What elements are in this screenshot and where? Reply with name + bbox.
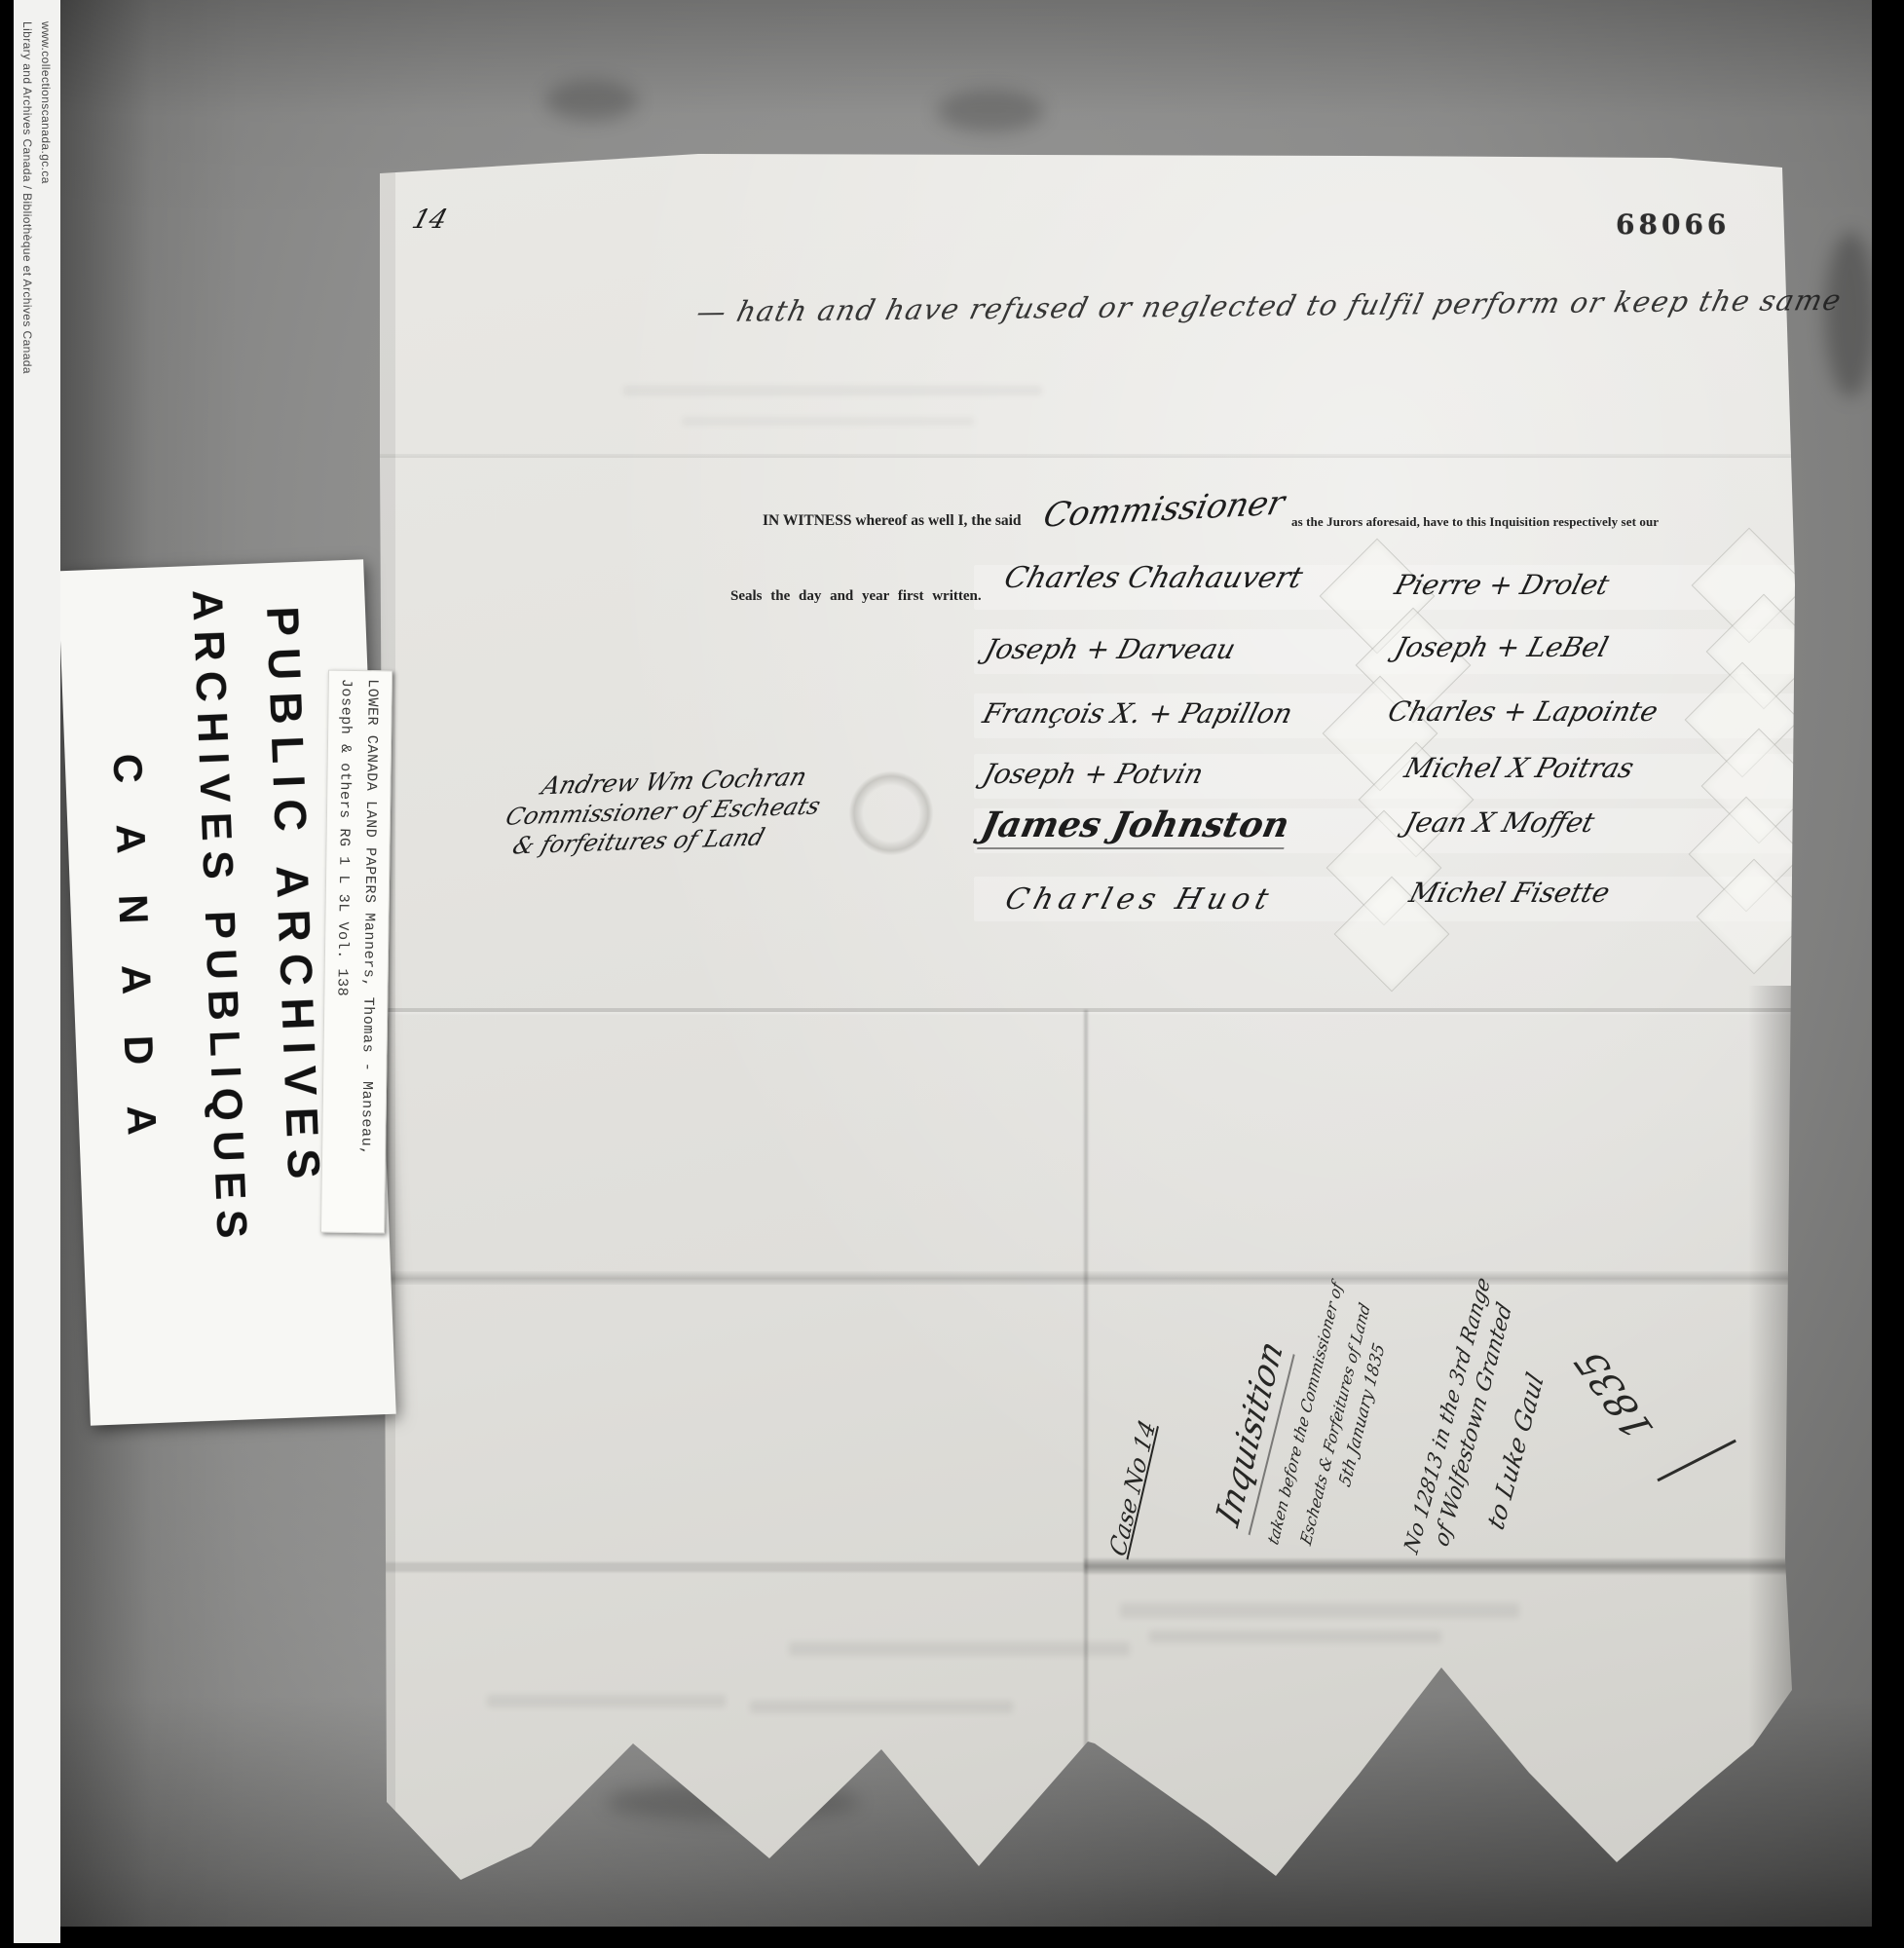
bleed-through-text [682,417,974,426]
witness-clause-line2: Seals the day and year first written. [730,588,982,605]
attribution-text: www.collectionscanada.gc.ca Library and … [18,21,55,374]
embossed-seal [844,767,938,860]
signature: Joseph + Potvin [980,758,1208,790]
attribution-credit: Library and Archives Canada / Bibliothèq… [18,21,36,374]
item-number-stamp: 68066 [1616,208,1730,241]
fold-crease [1084,1558,1795,1574]
signature: Joseph + LeBel [1392,631,1612,663]
backdrop-smudge [937,90,1044,132]
signature: Charles Huot [1001,882,1278,917]
signature: Michel Fisette [1406,877,1614,909]
fold-crease [378,1562,1084,1572]
bleed-through-text [1149,1630,1441,1643]
collection-label-text: LOWER CANADA LAND PAPERS Manners, Thomas… [326,679,386,1156]
signature: Charles Chahauvert [1000,561,1306,595]
fold-crease-vertical [1084,1010,1088,1750]
signature: Charles + Lapointe [1385,695,1661,728]
signature: Joseph + Darveau [982,633,1240,665]
signature: Jean X Moffet [1401,806,1598,839]
witness-clause-lead: IN WITNESS whereof as well I, the said [763,512,1022,530]
commissioner-note: Andrew Wm Cochran Commissioner of Eschea… [505,762,822,859]
signature: Michel X Poitras [1401,752,1638,784]
signature: François X. + Papillon [980,697,1296,730]
bleed-through-text [789,1642,1130,1656]
fold-crease [378,454,1795,458]
archive-scan-page: 14 68066 — hath and have refused or negl… [0,0,1904,1948]
witness-clause-tail: as the Jurors aforesaid, have to this In… [1291,514,1659,530]
document-sheet [378,148,1795,1892]
bleed-through-text [750,1701,1013,1713]
bleed-through-text [623,386,1042,395]
bleed-through-text [487,1695,726,1707]
signature: James Johnston [977,805,1292,849]
archives-card-line-canada: CANADA [90,752,182,1178]
attribution-url: www.collectionscanada.gc.ca [36,21,55,374]
backdrop-smudge [545,80,638,121]
signature: Pierre + Drolet [1392,569,1613,601]
bleed-through-text [1120,1603,1519,1618]
collection-label: LOWER CANADA LAND PAPERS Manners, Thomas… [320,670,392,1234]
